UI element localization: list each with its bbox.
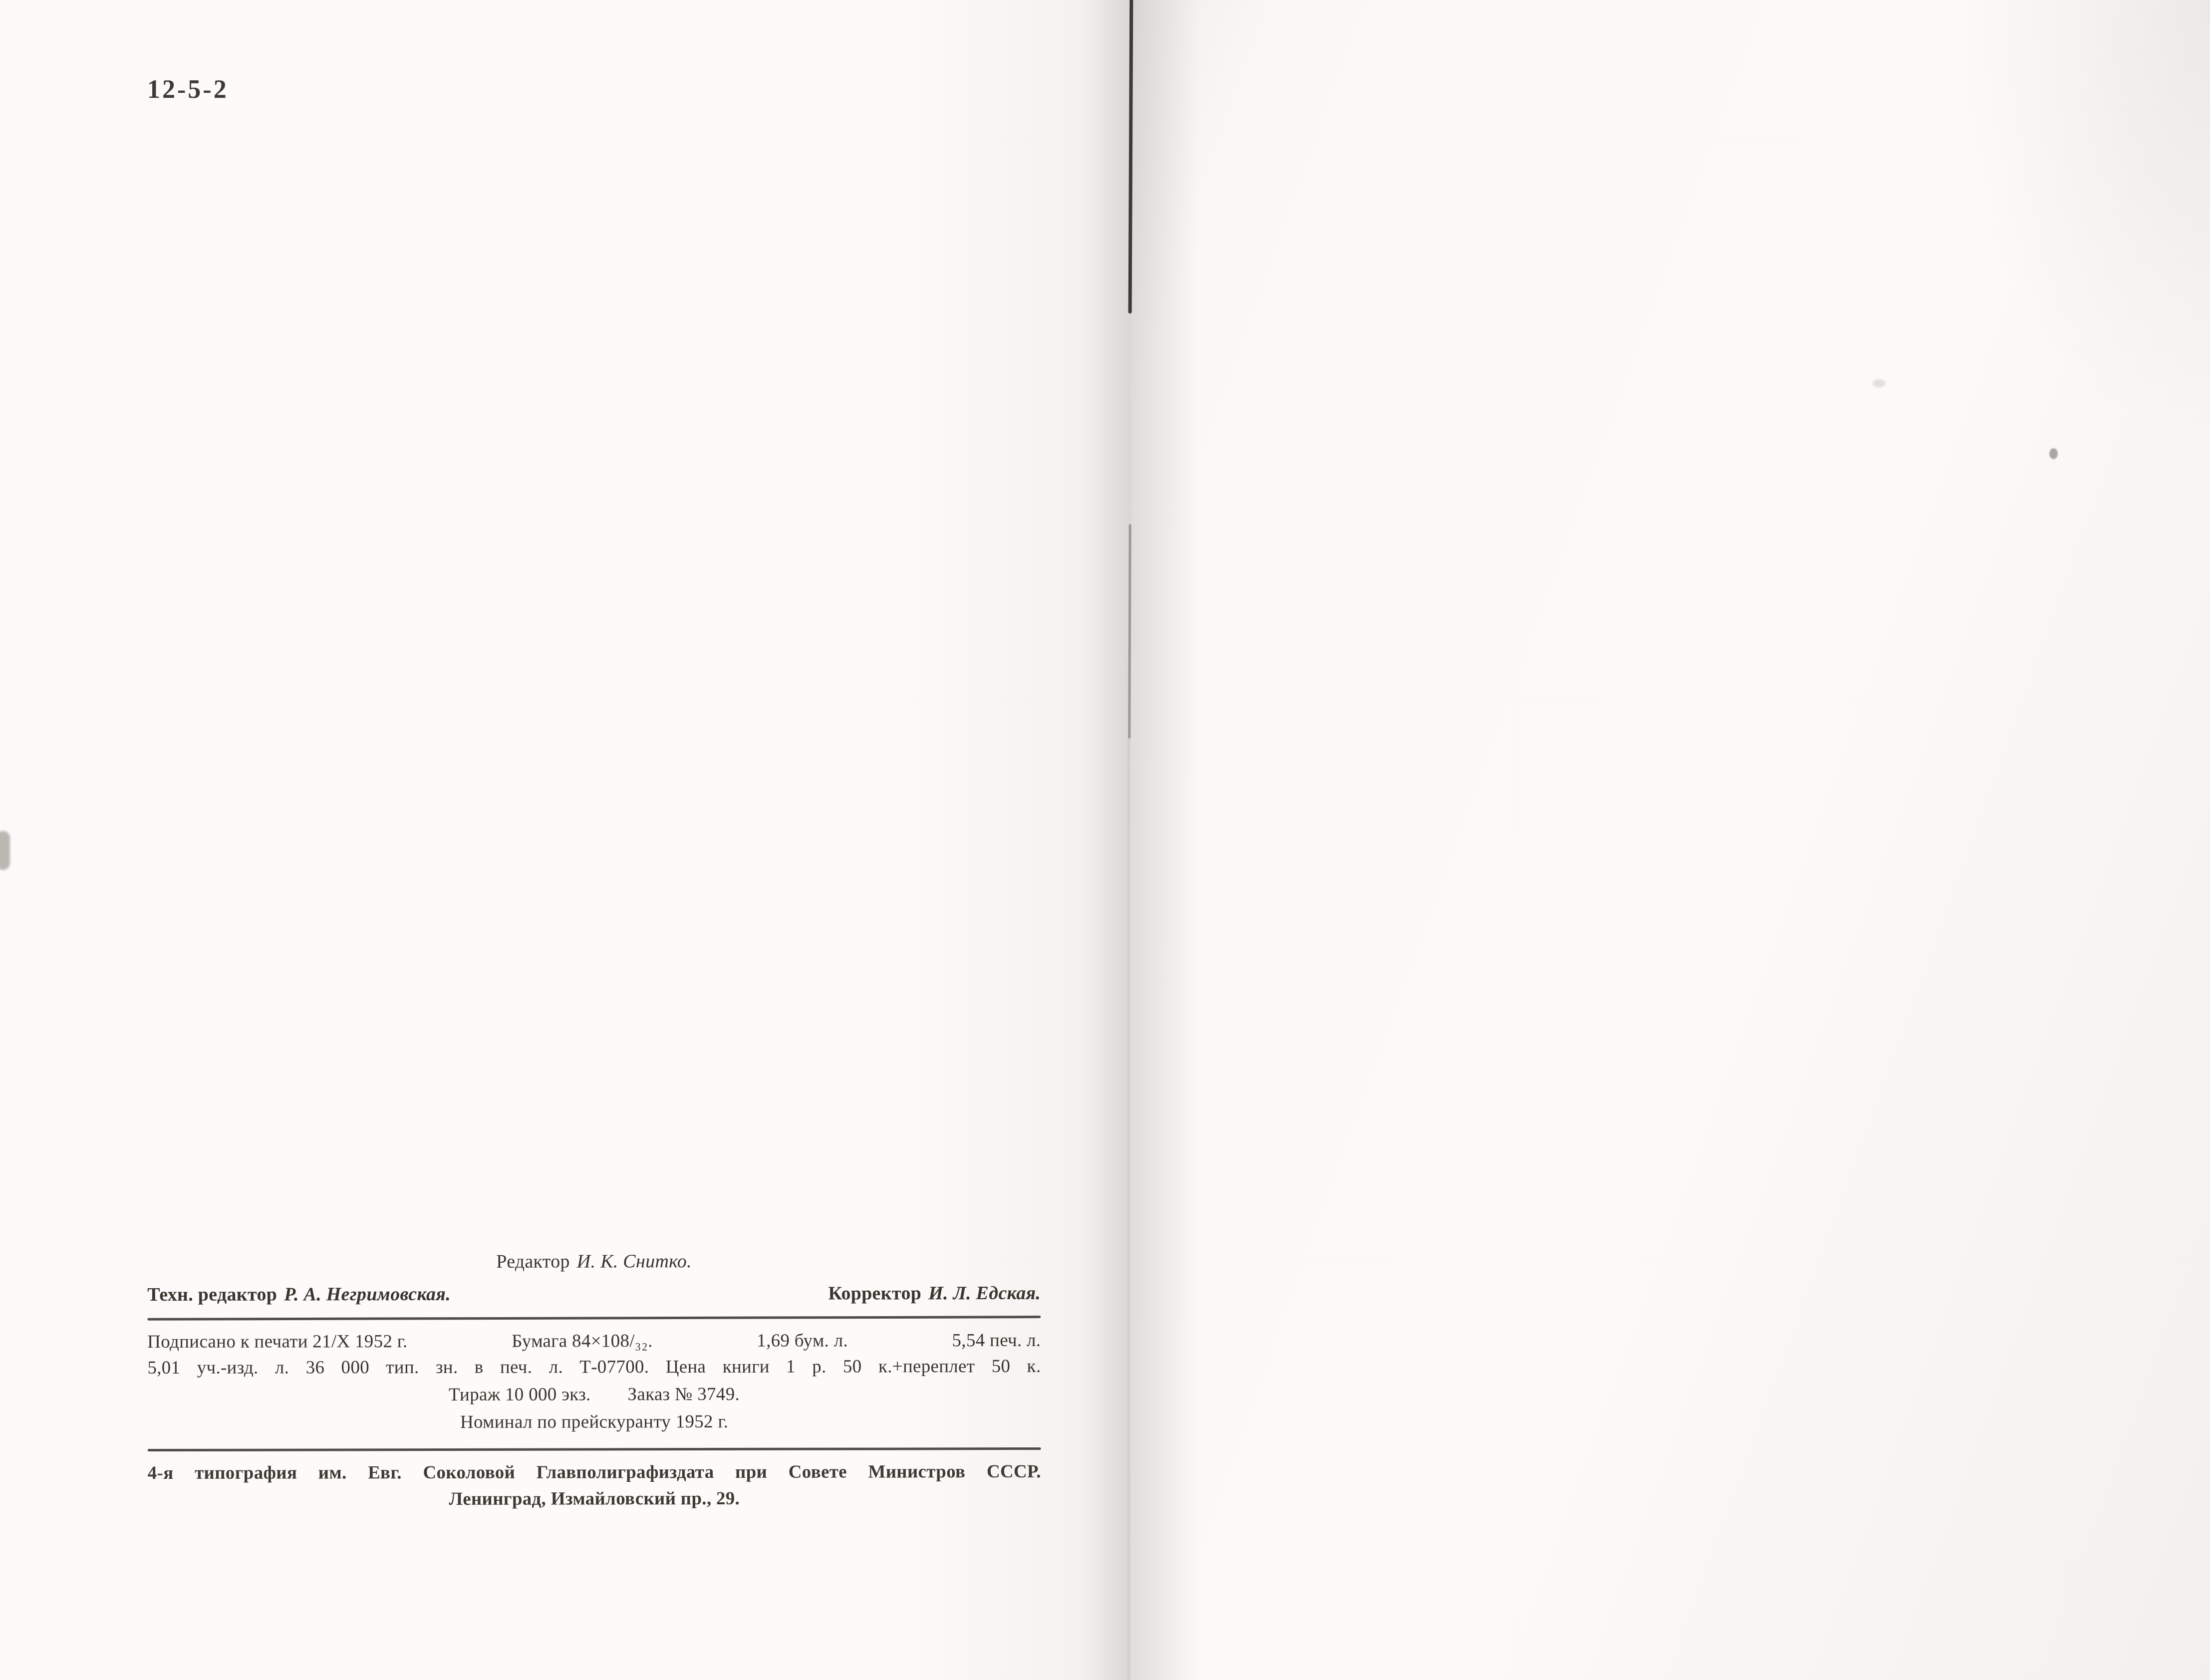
page-left: 12-5-2 РедакторИ. К. Снитко. Техн. редак… — [0, 0, 1131, 1680]
imprint-print-sheets: 5,54 печ. л. — [952, 1329, 1041, 1353]
editor-name: И. К. Снитко. — [577, 1251, 692, 1272]
imprint-signed-date: Подписано к печати 21/X 1952 г. — [147, 1330, 407, 1354]
colophon-block: РедакторИ. К. Снитко. Техн. редакторР. А… — [147, 1249, 1041, 1512]
spine-line-faintest — [1127, 739, 1129, 1680]
divider-rule-top — [147, 1316, 1041, 1321]
scan-artifact-speck — [2049, 448, 2058, 459]
scan-shading-top-right — [1931, 0, 2210, 489]
imprint-line-3: Тираж 10 000 экз. Заказ № 3749. — [147, 1382, 1041, 1407]
tech-editor-proofreader-line: Техн. редакторР. А. Негримовская. Коррек… — [147, 1281, 1041, 1307]
imprint-order-number: Заказ № 3749. — [628, 1383, 740, 1406]
tech-editor-label: Техн. редактор — [147, 1284, 277, 1305]
scan-artifact-left-edge — [0, 831, 10, 870]
imprint-line-1: Подписано к печати 21/X 1952 г. Бумага 8… — [147, 1329, 1041, 1354]
printer-line-1: 4-я типография им. Евг. Соколовой Главпо… — [148, 1460, 1041, 1485]
page-edge-shadow — [1073, 0, 1131, 1680]
imprint-line-4: Номинал по прейскуранту 1952 г. — [148, 1409, 1041, 1434]
imprint-print-run: Тираж 10 000 экз. — [449, 1383, 591, 1406]
editor-line: РедакторИ. К. Снитко. — [147, 1249, 1041, 1275]
tech-editor-name: Р. А. Негримовская. — [284, 1284, 451, 1305]
imprint-paper-format: Бумага 84×108/₃₂. — [512, 1329, 653, 1353]
proofreader-label: Корректор — [828, 1283, 921, 1304]
editor-label: Редактор — [496, 1251, 570, 1272]
proofreader-name: И. Л. Едская. — [928, 1283, 1041, 1304]
imprint-line-2: 5,01 уч.-изд. л. 36 000 тип. зн. в печ. … — [147, 1354, 1041, 1379]
book-spread: 12-5-2 РедакторИ. К. Снитко. Техн. редак… — [0, 0, 2210, 1680]
printer-line-2: Ленинград, Измайловский пр., 29. — [148, 1486, 1041, 1511]
tech-editor: Техн. редакторР. А. Негримовская. — [147, 1282, 451, 1307]
divider-rule-bottom — [148, 1447, 1041, 1451]
scan-artifact-smudge — [1873, 379, 1886, 387]
proofreader: КорректорИ. Л. Едская. — [828, 1281, 1041, 1306]
imprint-paper-sheets: 1,69 бум. л. — [757, 1329, 848, 1353]
spine-shadow — [1131, 0, 1216, 1680]
catalog-code: 12-5-2 — [147, 75, 229, 104]
